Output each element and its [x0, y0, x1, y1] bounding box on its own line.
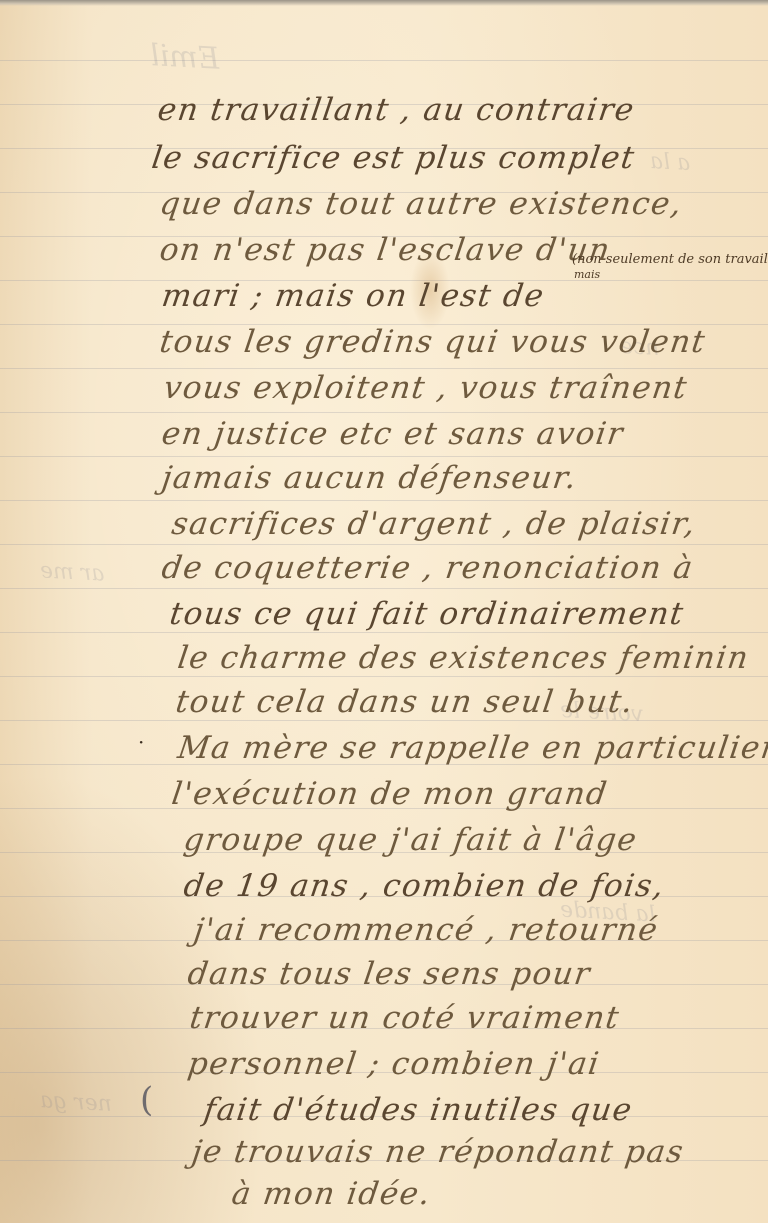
- manuscript-line: Ma mère se rappelle en particulier: [175, 730, 768, 766]
- manuscript-line: le charme des existences feminin: [175, 640, 751, 676]
- marginal-insertion-continuation: mais: [574, 268, 600, 281]
- manuscript-line: dans tous les sens pour: [185, 956, 593, 992]
- manuscript-line: de 19 ans , combien de fois,: [181, 868, 667, 904]
- marginal-insertion: (non seulement de son travail: [572, 252, 768, 267]
- manuscript-line: on n'est pas l'esclave d'un: [157, 232, 613, 268]
- manuscript-line: je trouvais ne répondant pas: [189, 1134, 686, 1170]
- ruled-line: [0, 544, 768, 545]
- manuscript-line: le sacrifice est plus complet: [149, 140, 637, 176]
- manuscript-line: fait d'études inutiles que: [201, 1092, 635, 1128]
- bleed-through-header: Emil: [149, 38, 220, 77]
- page-top-edge: [0, 0, 768, 6]
- margin-bracket-mark: (: [140, 1080, 153, 1120]
- manuscript-page: Emil a la nce ar me voire le la bande ne…: [0, 0, 768, 1223]
- margin-dot-mark: ·: [138, 730, 144, 754]
- ruled-line: [0, 632, 768, 633]
- ruled-line: [0, 720, 768, 721]
- manuscript-line: mari ; mais on l'est de: [159, 278, 547, 314]
- bleed-through-text: a la: [649, 149, 691, 176]
- ruled-line: [0, 412, 768, 413]
- bleed-through-text: ner ga: [39, 1088, 112, 1117]
- manuscript-line: en justice etc et sans avoir: [159, 416, 626, 452]
- manuscript-line: l'exécution de mon grand: [169, 776, 610, 812]
- ruled-line: [0, 676, 768, 677]
- ruled-line: [0, 500, 768, 501]
- manuscript-line: tous ce qui fait ordinairement: [167, 596, 686, 632]
- manuscript-line: en travaillant , au contraire: [155, 92, 637, 128]
- manuscript-line: sacrifices d'argent , de plaisir,: [169, 506, 698, 542]
- manuscript-line: à mon idée.: [229, 1176, 433, 1212]
- manuscript-line: j'ai recommencé , retourné: [191, 912, 660, 948]
- manuscript-line: groupe que j'ai fait à l'âge: [181, 822, 639, 858]
- ruled-line: [0, 588, 768, 589]
- manuscript-line: de coquetterie , renonciation à: [159, 550, 696, 586]
- ruled-line: [0, 456, 768, 457]
- ruled-line: [0, 60, 768, 61]
- manuscript-line: tout cela dans un seul but.: [173, 684, 636, 720]
- manuscript-line: trouver un coté vraiment: [187, 1000, 622, 1036]
- manuscript-line: vous exploitent , vous traînent: [161, 370, 690, 406]
- ruled-line: [0, 368, 768, 369]
- manuscript-line: que dans tout autre existence,: [157, 186, 684, 222]
- manuscript-line: jamais aucun défenseur.: [159, 460, 579, 496]
- manuscript-line: tous les gredins qui vous volent: [157, 324, 708, 360]
- bleed-through-text: ar me: [39, 558, 105, 586]
- manuscript-line: personnel ; combien j'ai: [185, 1046, 602, 1082]
